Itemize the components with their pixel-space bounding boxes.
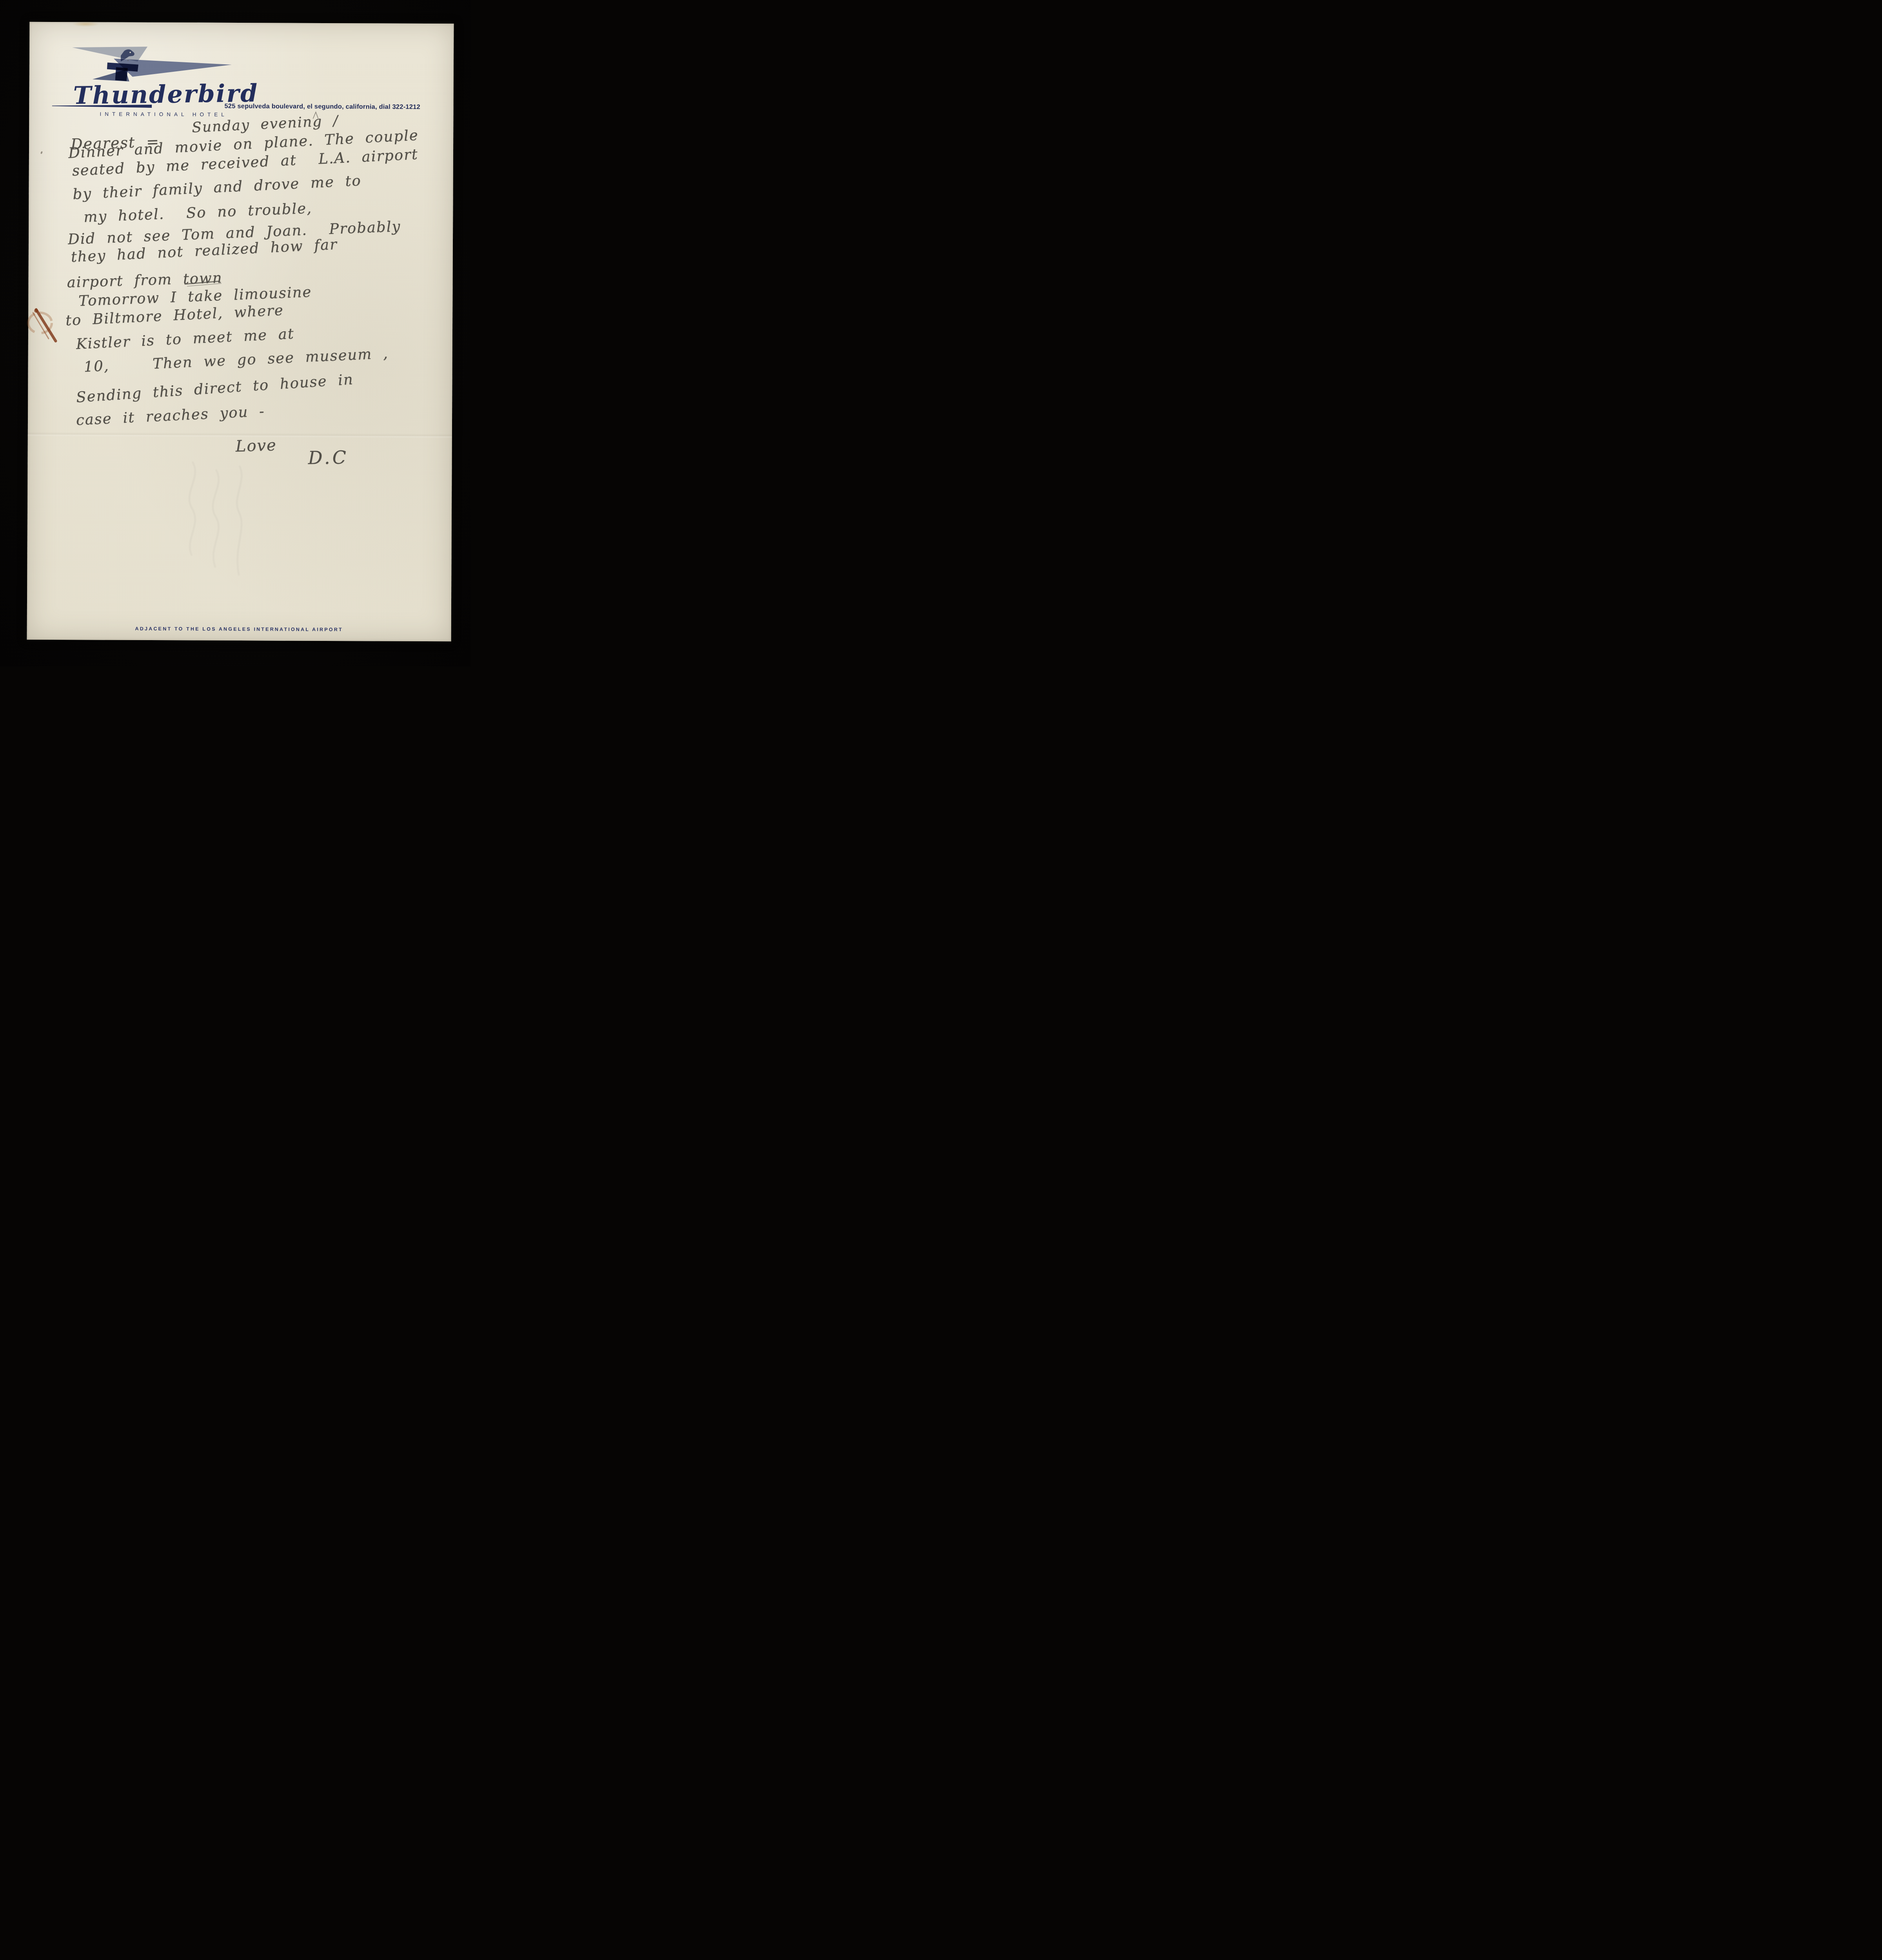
handwritten-line: my hotel. So no trouble, [83, 200, 312, 225]
rust-stain [24, 307, 68, 345]
letter-paper: Thunderbird INTERNATIONAL HOTEL 525 sepu… [27, 22, 454, 642]
discoloration-stain [72, 21, 99, 27]
hotel-address-line: 525 sepulveda boulevard, el segundo, cal… [224, 103, 438, 111]
scanned-letter-scene: Thunderbird INTERNATIONAL HOTEL 525 sepu… [0, 0, 470, 666]
paper-speck [127, 60, 129, 61]
handwritten-closing: Love [235, 436, 277, 456]
handwritten-line: Kistler is to meet me at [76, 325, 295, 352]
ink-bleedthrough-marks [180, 457, 255, 587]
hotel-subtitle: INTERNATIONAL HOTEL [100, 111, 227, 117]
handwritten-signature: D.C [308, 446, 349, 468]
handwritten-line: Sending this direct to house in [76, 371, 354, 406]
handwritten-line: case it reaches you - [76, 403, 265, 428]
paper-fold-crease [28, 432, 452, 439]
paper-speck [40, 151, 43, 154]
letterhead-footer-line: ADJACENT TO THE LOS ANGELES INTERNATIONA… [27, 626, 451, 633]
